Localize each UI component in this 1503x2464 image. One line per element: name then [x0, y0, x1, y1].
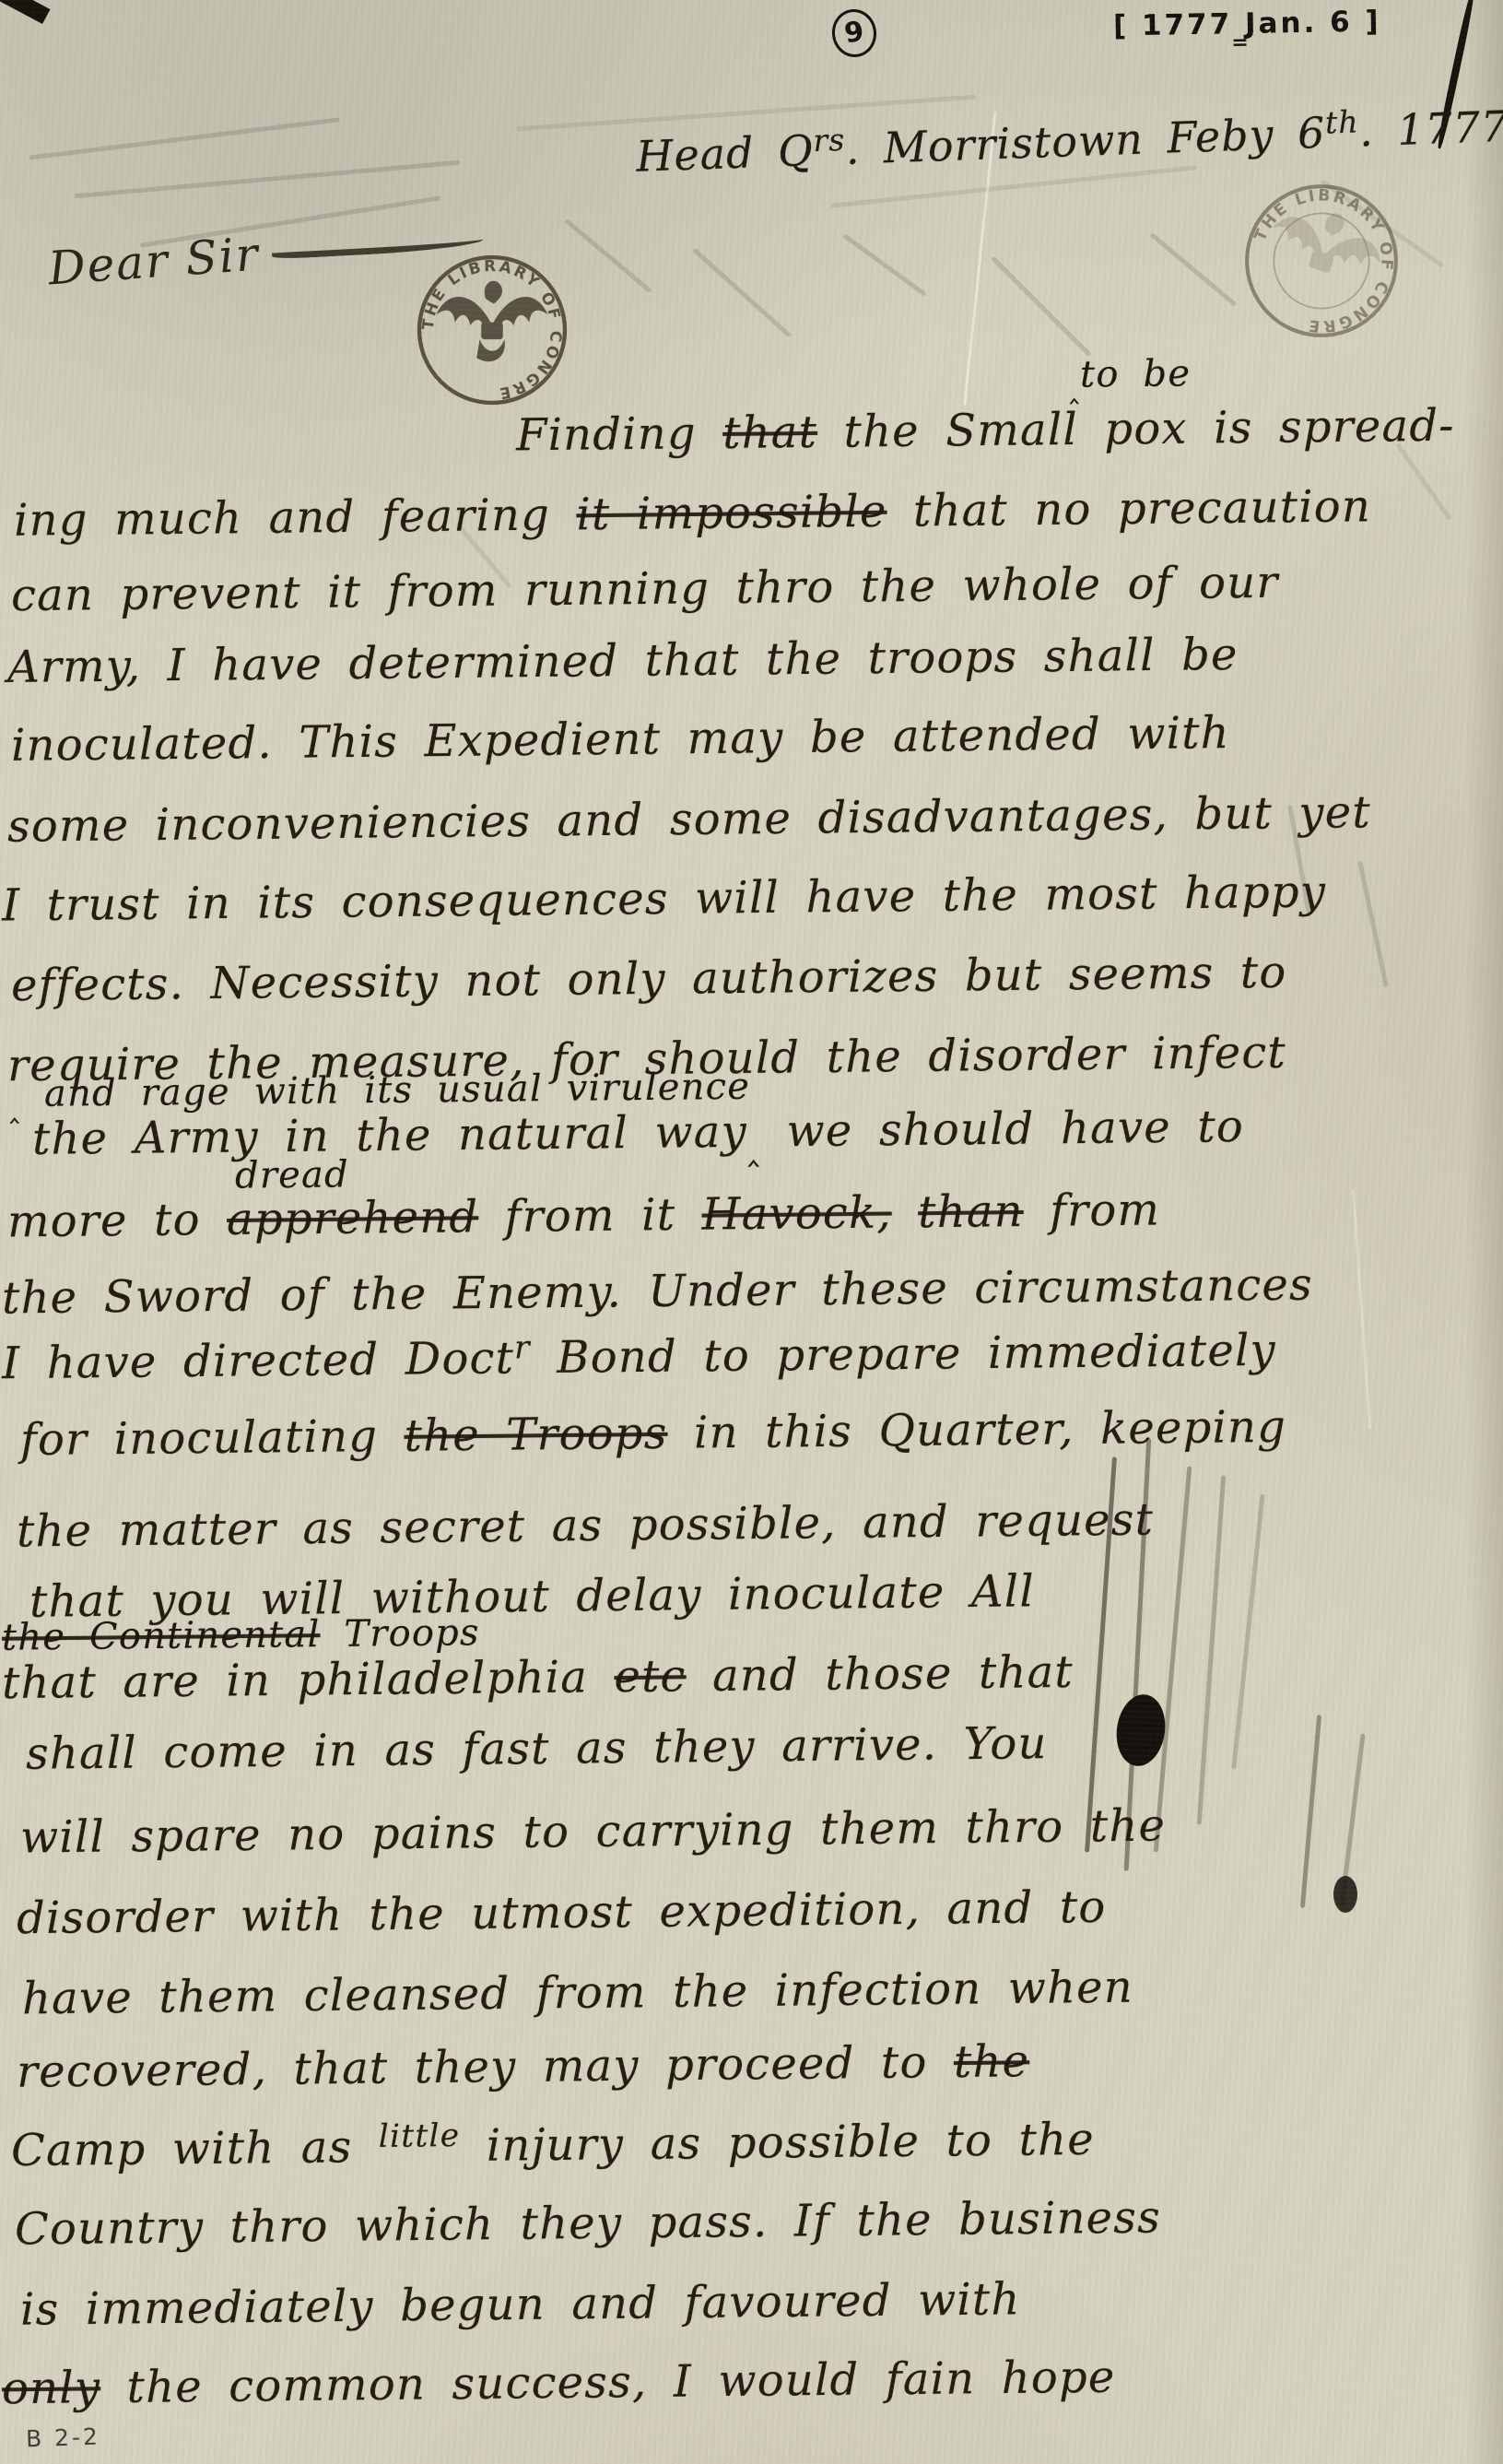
ink-smear-stroke: [1300, 1715, 1321, 1908]
handwritten-text: from: [1023, 1184, 1160, 1237]
handwritten-text: ing much and fearing: [14, 489, 577, 546]
handwritten-text: the Small pox is spread-: [817, 400, 1455, 458]
handwritten-text: Bond to prepare immediately: [531, 1325, 1277, 1384]
handwritten-text: have them cleansed from the infection wh…: [22, 1962, 1133, 2025]
handwritten-text: more to: [7, 1194, 228, 1247]
handwritten-text: to be: [1080, 352, 1192, 395]
handwritten-text: little: [379, 2118, 461, 2156]
handwritten-text: Troops: [320, 1611, 480, 1656]
manuscript-line: is immediately begun and favoured with: [20, 2274, 1021, 2336]
handwritten-text: effects. Necessity not only authorizes b…: [11, 947, 1287, 1011]
handwritten-text: recovered, that they may proceed to: [17, 2036, 955, 2098]
struck-text: the: [954, 2035, 1030, 2088]
heading-dateline: Head Qrs. Morristown Feby 6th. 1777.: [635, 100, 1503, 182]
handwritten-text: can prevent it from running thro the who…: [11, 557, 1279, 621]
page-number: 9: [829, 6, 880, 60]
manuscript-line: Country thro which they pass. If the bus…: [15, 2192, 1161, 2255]
manuscript-line: the Sword of the Enemy. Under these circ…: [2, 1260, 1313, 1325]
ghost-stroke: [564, 218, 652, 293]
handwritten-text: inoculated. This Expedient may be attend…: [11, 707, 1230, 772]
ghost-stroke: [991, 256, 1092, 358]
interlinear-insertion: ‸to be: [1069, 352, 1192, 395]
ghost-stroke: [1395, 442, 1451, 521]
handwritten-text: the common success, I would fain hope: [100, 2352, 1116, 2414]
stamp-graphic: THE LIBRARY OF CONGRESS: [1222, 161, 1422, 361]
ink-blot: [1333, 1876, 1357, 1913]
ghost-stroke: [75, 160, 461, 199]
handwritten-text: shall come in as fast as they arrive. Yo…: [26, 1717, 1048, 1780]
ghost-stroke: [842, 233, 927, 297]
manuscript-line: recovered, that they may proceed to the: [17, 2036, 1030, 2098]
ghost-stroke: [29, 117, 340, 159]
handwritten-text: the matter as secret as possible, and re…: [17, 1494, 1155, 1558]
handwritten-text: dread: [235, 1153, 349, 1197]
handwritten-text: from it: [478, 1189, 702, 1244]
manuscript-line: inoculated. This Expedient may be attend…: [11, 708, 1230, 772]
library-of-congress-stamp: THE LIBRARY OF CONGRESS: [1222, 161, 1422, 361]
struck-text: than: [918, 1185, 1024, 1238]
struck-text: it impossible: [576, 486, 887, 541]
manuscript-line: Camp with as little injury as possible t…: [11, 2115, 1095, 2176]
archival-date-underline-mark: =: [1231, 31, 1249, 54]
handwritten-text: ‸: [747, 1126, 761, 1168]
ghost-stroke: [692, 248, 791, 337]
shelf-mark: B 2-2: [26, 2423, 101, 2453]
manuscript-line: the Army in the natural way‸ we should h…: [32, 1102, 1244, 1165]
struck-text: the Continental: [2, 1613, 321, 1659]
handwritten-text: is immediately begun and favoured with: [20, 2273, 1021, 2335]
manuscript-line: some inconveniencies and some disadvanta…: [7, 787, 1371, 853]
handwritten-text: for inoculating: [20, 1410, 405, 1466]
handwritten-text: Camp with as: [11, 2121, 379, 2176]
manuscript-line: ing much and fearing it impossible that …: [14, 481, 1371, 547]
corner-mark: [0, 0, 50, 24]
manuscript-line: the matter as secret as possible, and re…: [17, 1495, 1155, 1558]
struck-text: that: [722, 407, 818, 459]
manuscript-line: Army, I have determined that the troops …: [7, 630, 1239, 693]
handwritten-text: we should have to: [760, 1101, 1244, 1157]
manuscript-page: { "colors": { "paper": "#d6d2c0", "ink":…: [0, 0, 1503, 2464]
ink-smear-stroke: [1339, 1733, 1365, 1907]
manuscript-line: I have directed Doctr Bond to prepare im…: [2, 1326, 1276, 1390]
ink-smear-stroke: [1231, 1494, 1264, 1770]
heading-year: . 1777.: [1358, 100, 1503, 156]
manuscript-line: Finding that the Small pox is spread-: [516, 401, 1455, 462]
handwritten-text: will spare no pains to carrying them thr…: [20, 1799, 1167, 1863]
struck-text: the Troops: [404, 1408, 668, 1462]
manuscript-line: for inoculating the Troops in this Quart…: [20, 1402, 1287, 1467]
handwritten-text: Country thro which they pass. If the bus…: [15, 2191, 1161, 2255]
interlinear-insertion: the Continental Troops: [2, 1611, 480, 1658]
eagle-icon: [437, 281, 548, 361]
interlinear-insertion: dread: [235, 1153, 349, 1197]
salutation-text: Dear Sir: [47, 228, 262, 296]
manuscript-line: have them cleansed from the infection wh…: [22, 1963, 1133, 2025]
manuscript-line: can prevent it from running thro the who…: [11, 558, 1279, 622]
manuscript-line: effects. Necessity not only authorizes b…: [11, 948, 1287, 1012]
ink-blot: [1112, 1692, 1169, 1769]
handwritten-text: I have directed Doct: [2, 1332, 515, 1389]
handwritten-text: the Sword of the Enemy. Under these circ…: [2, 1259, 1313, 1325]
struck-text: etc: [614, 1650, 687, 1703]
library-of-congress-stamp: THE LIBRARY OF CONGRESS: [415, 253, 569, 407]
struck-text: apprehend: [227, 1191, 479, 1245]
manuscript-line: that are in philadelphia etc and those t…: [2, 1647, 1074, 1709]
ink-smear-stroke: [1154, 1467, 1192, 1853]
archival-date-annotation: [ 1777 Jan. 6 ] =: [1113, 5, 1381, 42]
heading-superscript: th: [1324, 104, 1359, 141]
manuscript-line: I trust in its consequences will have th…: [2, 867, 1327, 931]
handwritten-text: injury as possible to the: [460, 2114, 1095, 2172]
handwritten-text: ‸: [9, 1089, 20, 1124]
paper-crease: [1352, 1189, 1371, 1429]
handwritten-text: [891, 1186, 918, 1238]
ghost-stroke: [1149, 232, 1237, 307]
handwritten-text: in this Quarter, keeping: [667, 1401, 1286, 1459]
handwritten-text: that no precaution: [887, 480, 1371, 536]
manuscript-line: shall come in as fast as they arrive. Yo…: [26, 1718, 1048, 1780]
handwritten-text: the Army in the natural way: [32, 1106, 747, 1165]
handwritten-text: ‸: [1069, 370, 1080, 405]
heading-place: Head Q: [635, 125, 814, 182]
struck-text: Havock,: [701, 1187, 892, 1241]
handwritten-text: that are in philadelphia: [2, 1651, 615, 1709]
handwritten-text: disorder with the utmost expedition, and…: [17, 1881, 1107, 1944]
handwritten-text: and those that: [686, 1646, 1074, 1702]
ghost-stroke: [1357, 861, 1389, 988]
heading-date: . Morristown Feby 6: [845, 108, 1327, 174]
struck-text: only: [2, 2362, 101, 2414]
handwritten-text: Finding: [516, 407, 723, 461]
handwritten-text: Army, I have determined that the troops …: [7, 629, 1239, 693]
heading-superscript: rs: [813, 122, 846, 159]
manuscript-line: disorder with the utmost expedition, and…: [17, 1882, 1107, 1945]
stamp-graphic: THE LIBRARY OF CONGRESS: [415, 253, 569, 407]
manuscript-line: only the common success, I would fain ho…: [2, 2352, 1116, 2415]
manuscript-line: more to apprehend from it Havock, than f…: [7, 1185, 1161, 1247]
manuscript-line: will spare no pains to carrying them thr…: [20, 1800, 1167, 1863]
handwritten-text: r: [514, 1330, 531, 1367]
handwritten-text: some inconveniencies and some disadvanta…: [7, 786, 1371, 852]
ink-smear-stroke: [1197, 1475, 1226, 1824]
handwritten-text: I trust in its consequences will have th…: [2, 866, 1327, 931]
